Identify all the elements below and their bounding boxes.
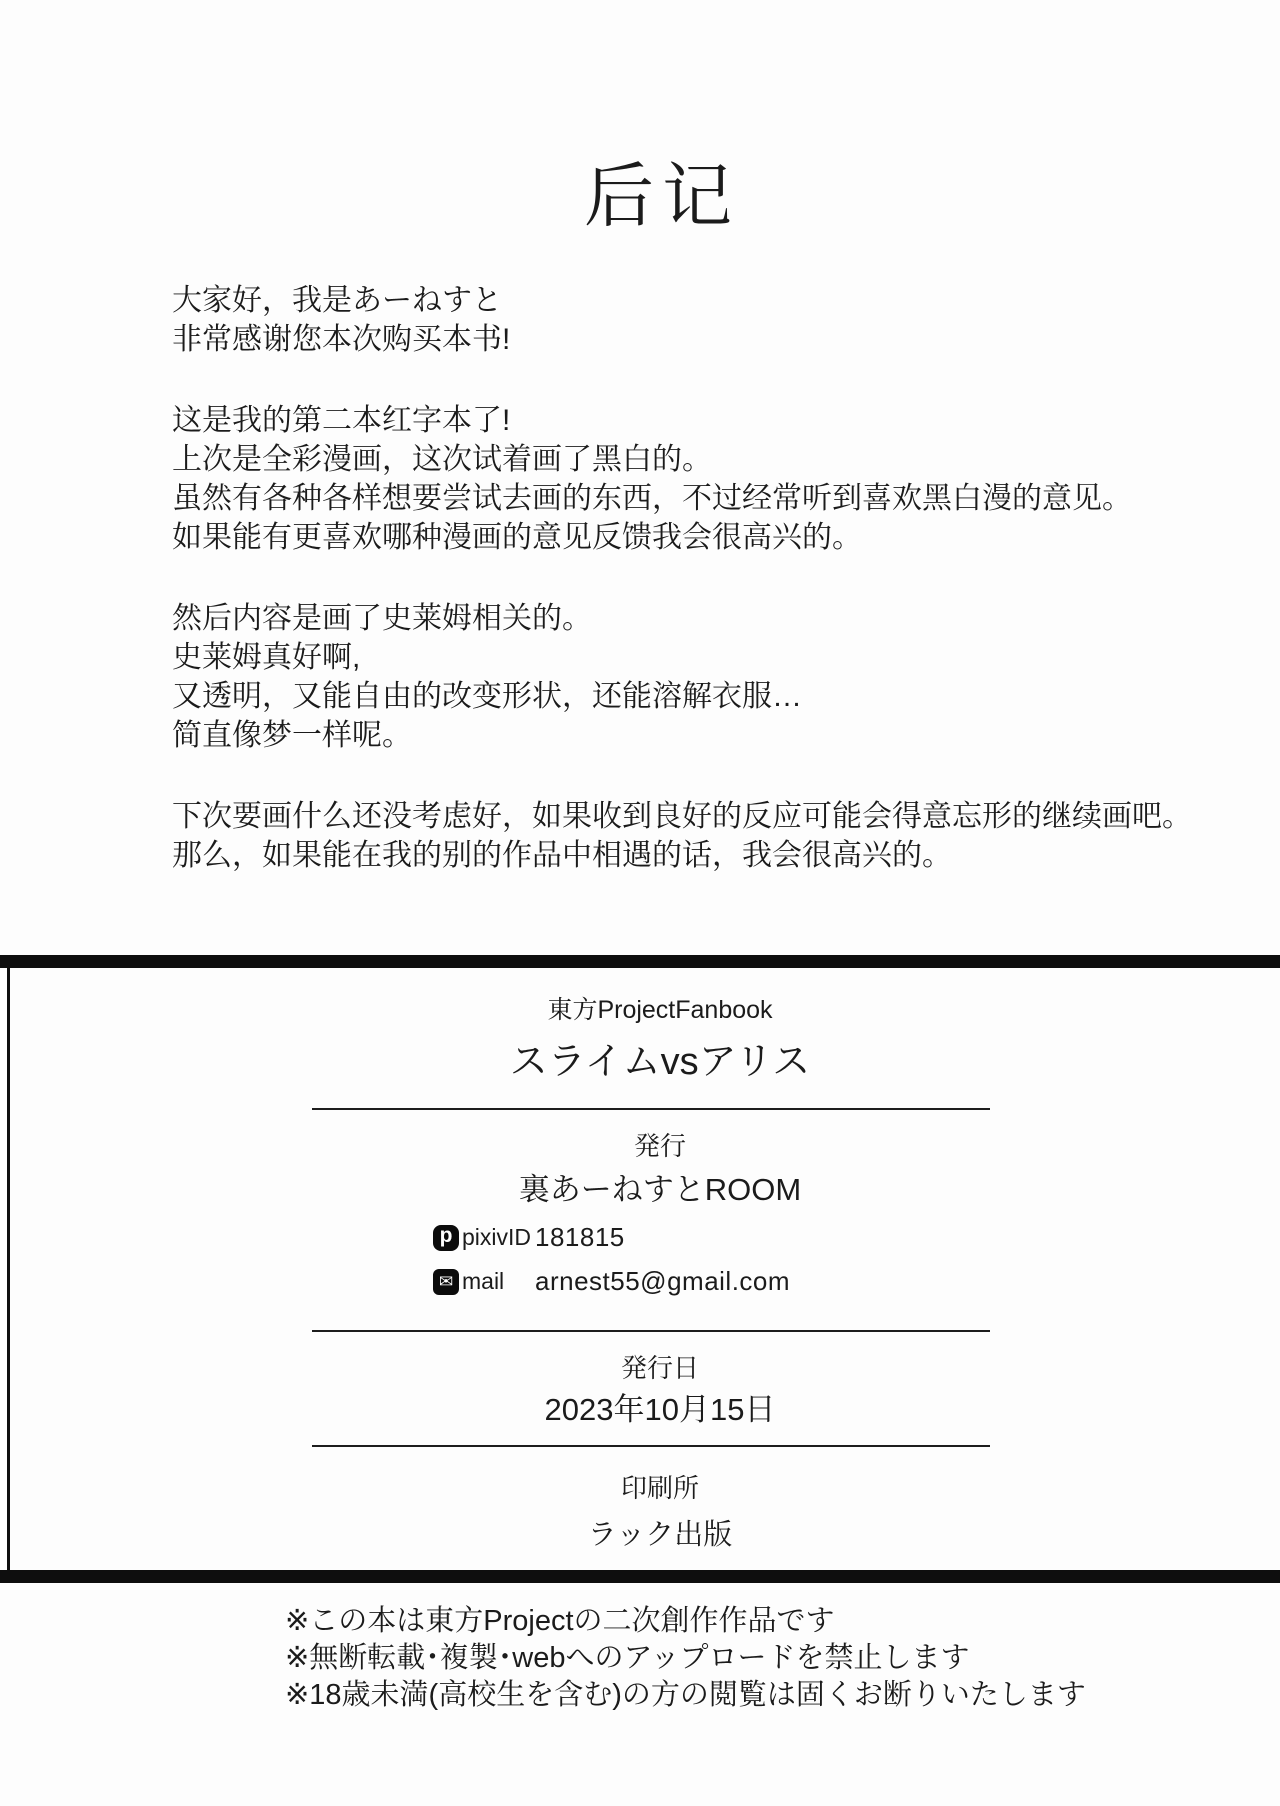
pixiv-id-head: p pixivID <box>433 1224 535 1251</box>
mail-address: arnest55@gmail.com <box>535 1266 790 1297</box>
printer-label: 印刷所 <box>40 1468 1280 1505</box>
footer-note: ※この本は東方Projectの二次創作作品です <box>285 1603 1086 1640</box>
mail-row: ✉ mail arnest55@gmail.com <box>433 1266 790 1297</box>
afterword-line: 史莱姆真好啊, <box>172 638 1250 677</box>
printer-name: ラック出版 <box>40 1512 1280 1553</box>
pixiv-id-value: 181815 <box>535 1222 625 1253</box>
afterword-line: 非常感谢您本次购买本书! <box>172 320 1250 359</box>
afterword-paragraph: 然后内容是画了史莱姆相关的。 史莱姆真好啊, 又透明，又能自由的改变形状，还能溶… <box>172 599 1250 755</box>
afterword-line: 下次要画什么还没考虑好，如果收到良好的反应可能会得意忘形的继续画吧。 <box>172 797 1250 836</box>
afterword-line: 这是我的第二本红字本了! <box>172 401 1250 440</box>
publish-date-label: 発行日 <box>40 1348 1280 1385</box>
page-title: 后记 <box>22 140 1280 241</box>
mail-label: mail <box>462 1268 504 1295</box>
afterword-line: 如果能有更喜欢哪种漫画的意见反馈我会很高兴的。 <box>172 518 1250 557</box>
colophon-bottom-border <box>0 1570 1280 1583</box>
pixiv-icon: p <box>433 1225 459 1251</box>
pixiv-id-row: p pixivID 181815 <box>433 1222 625 1253</box>
colophon-top-border <box>0 955 1280 968</box>
afterword-line: 那么，如果能在我的别的作品中相遇的话，我会很高兴的。 <box>172 836 1250 875</box>
afterword-paragraph: 下次要画什么还没考虑好，如果收到良好的反应可能会得意忘形的继续画吧。 那么，如果… <box>172 797 1250 875</box>
publish-date: 2023年10月15日 <box>40 1384 1280 1429</box>
series-name: 東方ProjectFanbook <box>40 990 1280 1026</box>
mail-head: ✉ mail <box>433 1268 535 1295</box>
footer-notes: ※この本は東方Projectの二次創作作品です ※無断転載･複製･webへのアッ… <box>285 1603 1086 1714</box>
book-title: スライムvsアリス <box>40 1030 1280 1085</box>
pixiv-label: pixivID <box>462 1224 531 1251</box>
divider <box>312 1108 990 1110</box>
afterword-line: 上次是全彩漫画，这次试着画了黑白的。 <box>172 440 1250 479</box>
divider <box>312 1445 990 1447</box>
colophon-box: 東方ProjectFanbook スライムvsアリス 発行 裏あーねすとROOM… <box>0 968 1280 1570</box>
afterword-line: 然后内容是画了史莱姆相关的。 <box>172 599 1250 638</box>
publisher-label: 発行 <box>40 1126 1280 1163</box>
afterword-line: 简直像梦一样呢。 <box>172 716 1250 755</box>
publisher-name: 裏あーねすとROOM <box>40 1164 1280 1209</box>
divider <box>312 1330 990 1332</box>
afterword-line: 大家好，我是あーねすと <box>172 281 1250 320</box>
afterword-paragraph: 大家好，我是あーねすと 非常感谢您本次购买本书! <box>172 281 1250 359</box>
footer-note: ※無断転載･複製･webへのアップロードを禁止します <box>285 1640 1086 1677</box>
footer-note: ※18歳未満(高校生を含む)の方の閲覧は固くお断りいたします <box>285 1677 1086 1714</box>
afterword-line: 又透明，又能自由的改变形状，还能溶解衣服… <box>172 677 1250 716</box>
afterword-page: 后记 大家好，我是あーねすと 非常感谢您本次购买本书! 这是我的第二本红字本了!… <box>0 0 1280 1806</box>
afterword-line: 虽然有各种各样想要尝试去画的东西，不过经常听到喜欢黑白漫的意见。 <box>172 479 1250 518</box>
mail-icon: ✉ <box>433 1269 459 1295</box>
afterword-paragraph: 这是我的第二本红字本了! 上次是全彩漫画，这次试着画了黑白的。 虽然有各种各样想… <box>172 401 1250 557</box>
afterword-text: 大家好，我是あーねすと 非常感谢您本次购买本书! 这是我的第二本红字本了! 上次… <box>172 281 1250 875</box>
